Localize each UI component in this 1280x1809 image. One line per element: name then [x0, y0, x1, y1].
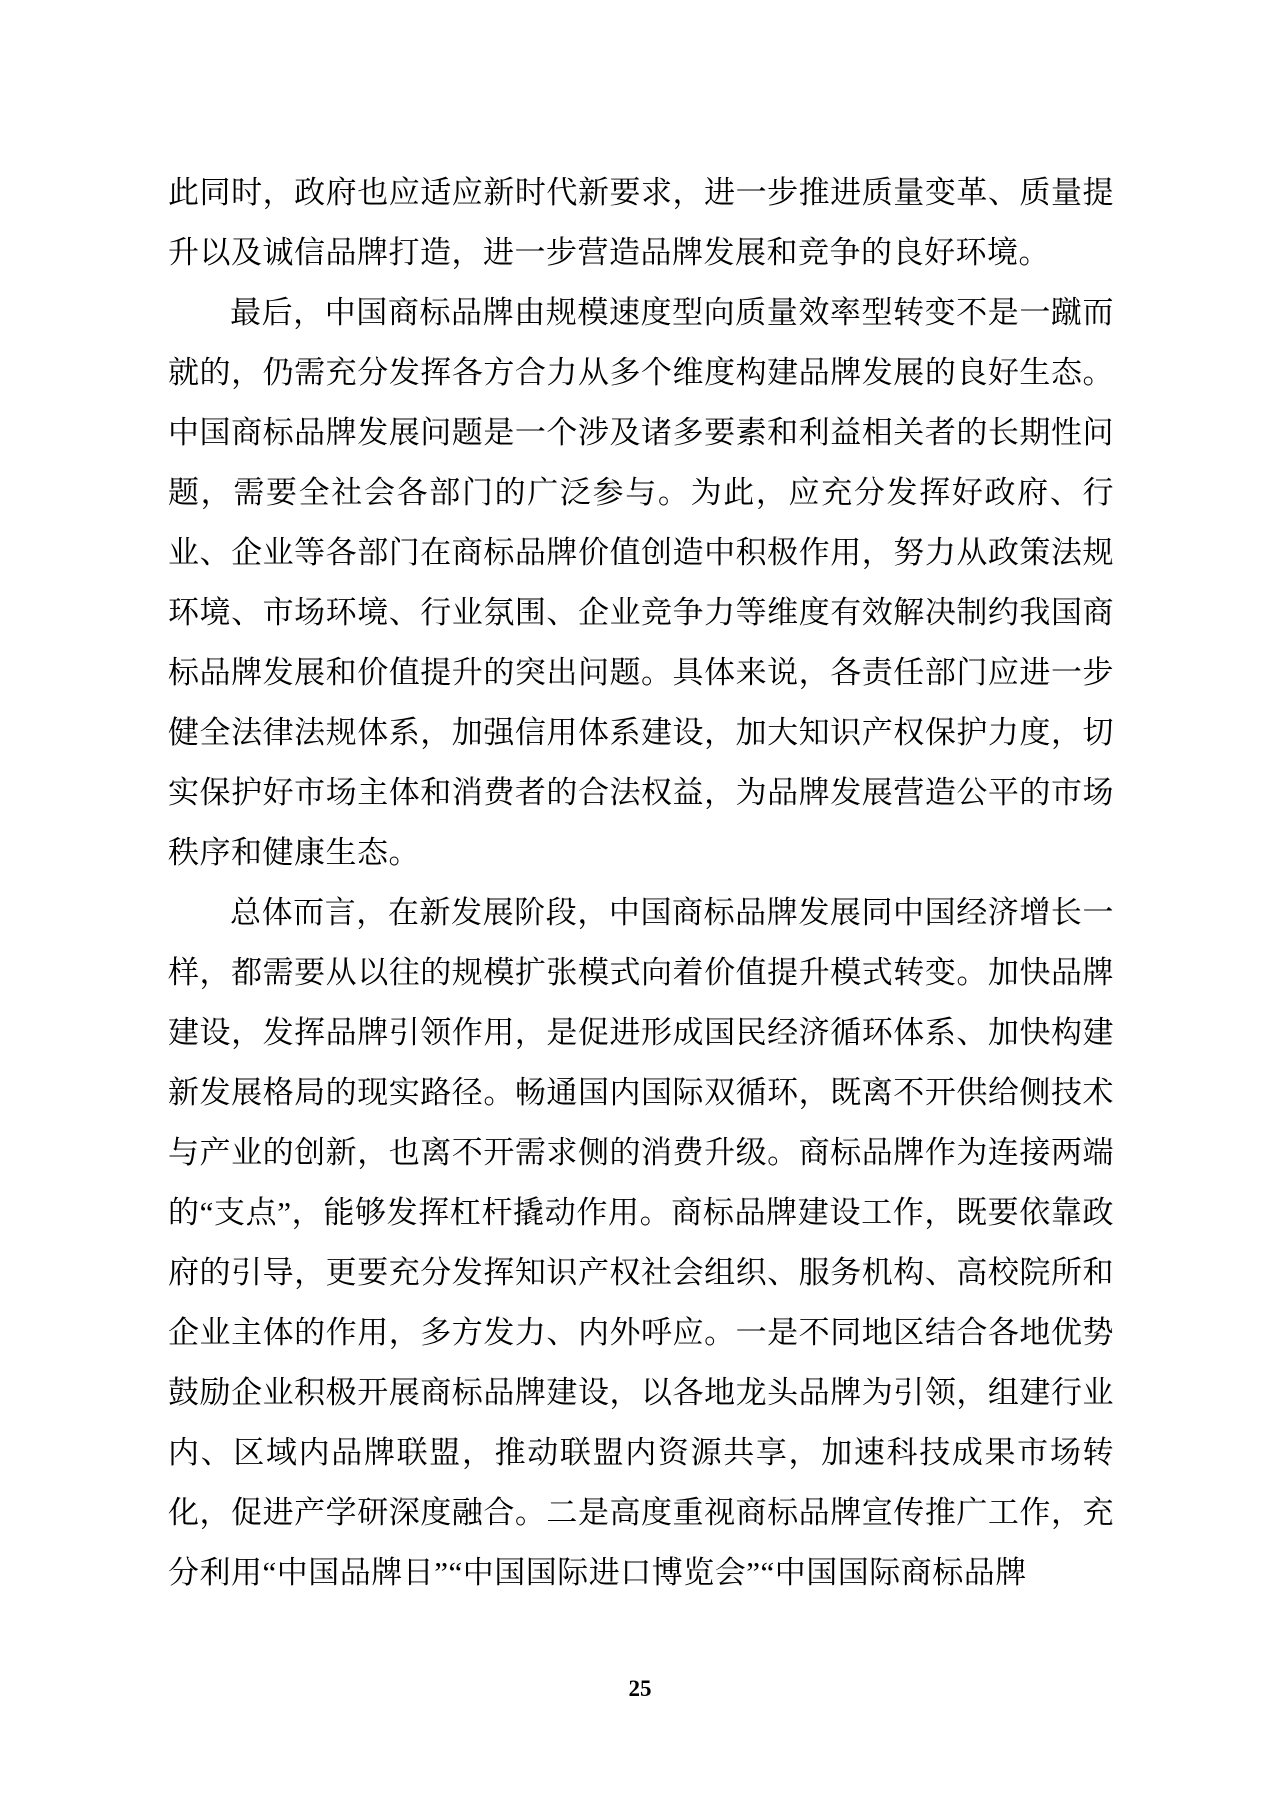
- page-number: 25: [0, 1676, 1280, 1702]
- paragraph-overall-summary: 总体而言，在新发展阶段，中国商标品牌发展同中国经济增长一样，都需要从以往的规模扩…: [168, 883, 1114, 1603]
- body-text: 此同时，政府也应适应新时代新要求，进一步推进质量变革、质量提升以及诚信品牌打造，…: [168, 163, 1114, 1603]
- paragraph-conclusion-finally: 最后，中国商标品牌由规模速度型向质量效率型转变不是一蹴而就的，仍需充分发挥各方合…: [168, 283, 1114, 883]
- paragraph-continuation: 此同时，政府也应适应新时代新要求，进一步推进质量变革、质量提升以及诚信品牌打造，…: [168, 163, 1114, 283]
- document-page: 此同时，政府也应适应新时代新要求，进一步推进质量变革、质量提升以及诚信品牌打造，…: [0, 0, 1280, 1809]
